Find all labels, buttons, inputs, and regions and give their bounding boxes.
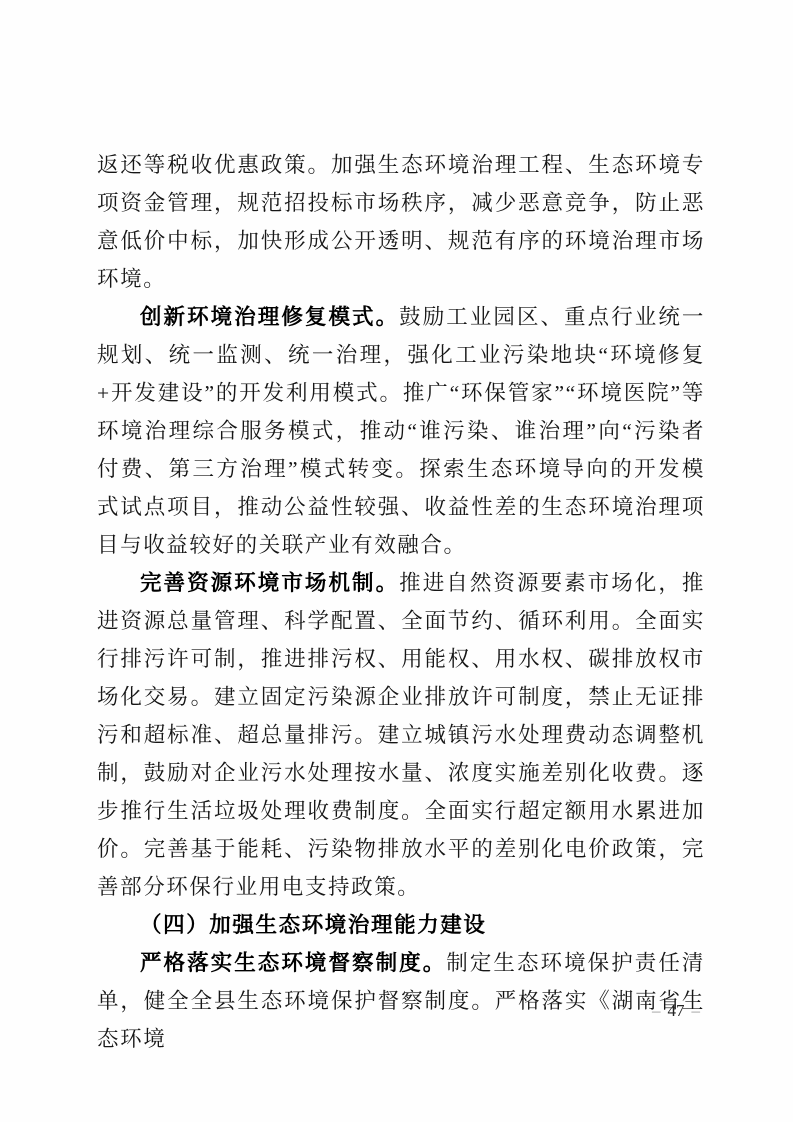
paragraph: 返还等税收优惠政策。加强生态环境治理工程、生态环境专项资金管理，规范招投标市场秩… bbox=[97, 146, 705, 298]
paragraph-lead: 创新环境治理修复模式。 bbox=[140, 305, 399, 329]
paragraph: 完善资源环境市场机制。推进自然资源要素市场化，推进资源总量管理、科学配置、全面节… bbox=[97, 564, 705, 906]
document-body: 返还等税收优惠政策。加强生态环境治理工程、生态环境专项资金管理，规范招投标市场秩… bbox=[97, 146, 705, 1058]
paragraph: 严格落实生态环境督察制度。制定生态环境保护责任清单，健全全县生态环境保护督察制度… bbox=[97, 944, 705, 1058]
paragraph-lead: 完善资源环境市场机制。 bbox=[140, 571, 399, 595]
paragraph-text: 鼓励工业园区、重点行业统一规划、统一监测、统一治理，强化工业污染地块“环境修复+… bbox=[97, 305, 705, 557]
page-number-left-dash: – bbox=[645, 1001, 668, 1020]
section-heading: （四）加强生态环境治理能力建设 bbox=[97, 906, 705, 944]
page-number-value: 47 bbox=[668, 1001, 685, 1020]
paragraph: 创新环境治理修复模式。鼓励工业园区、重点行业统一规划、统一监测、统一治理，强化工… bbox=[97, 298, 705, 564]
page-number: –47– bbox=[645, 1001, 707, 1021]
paragraph-lead: 严格落实生态环境督察制度。 bbox=[140, 951, 446, 975]
page-number-right-dash: – bbox=[685, 1001, 708, 1020]
document-page: 返还等税收优惠政策。加强生态环境治理工程、生态环境专项资金管理，规范招投标市场秩… bbox=[0, 0, 793, 1122]
paragraph-text: 推进自然资源要素市场化，推进资源总量管理、科学配置、全面节约、循环利用。全面实行… bbox=[97, 571, 705, 899]
paragraph-text: 返还等税收优惠政策。加强生态环境治理工程、生态环境专项资金管理，规范招投标市场秩… bbox=[97, 153, 705, 291]
